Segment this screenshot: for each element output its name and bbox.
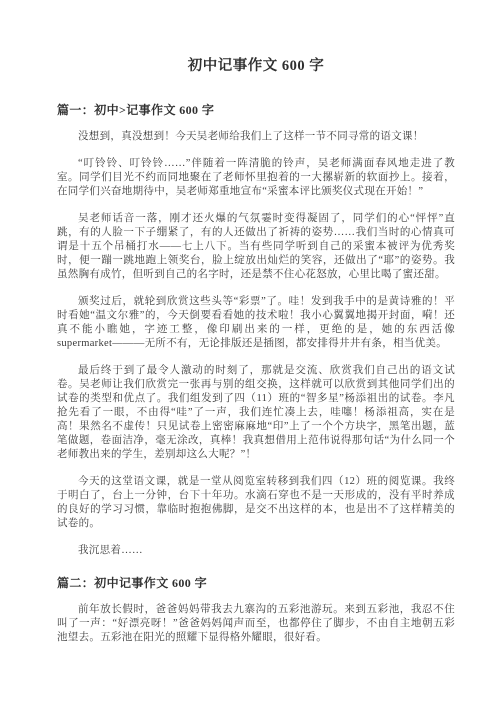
- paragraph: 没想到，真没想到！今天吴老师给我们上了这样一节不同寻常的语文课！: [57, 130, 455, 144]
- essay-section-1: 篇一：初中>记事作文 600 字 没想到，真没想到！今天吴老师给我们上了这样一节…: [57, 102, 455, 558]
- document-title: 初中记事作文 600 字: [57, 56, 455, 76]
- paragraph: 最后终于到了最令人激动的时刻了，那就是交流、欣赏我们自己出的语文试卷。吴老师让我…: [57, 364, 455, 462]
- paragraph: 我沉思着……: [57, 544, 455, 558]
- paragraph: 前年放长假时，爸爸妈妈带我去九寨沟的五彩池游玩。来到五彩池，我忍不住叫了一声：“…: [57, 603, 455, 645]
- section-2-heading: 篇二：初中记事作文 600 字: [57, 575, 455, 591]
- section-1-heading: 篇一：初中>记事作文 600 字: [57, 102, 455, 118]
- document-page: 初中记事作文 600 字 篇一：初中>记事作文 600 字 没想到，真没想到！今…: [0, 0, 500, 708]
- paragraph: 今天的这堂语文课，就是一堂从阅览室转移到我们四（12）班的阅览课。我终于明白了，…: [57, 475, 455, 531]
- paragraph: 吴老师话音一落，刚才还火爆的气氛霎时变得凝固了，同学们的心“怦怦”直跳，有的人脸…: [57, 212, 455, 282]
- paragraph: “叮铃铃、叮铃铃……”伴随着一阵清脆的铃声，吴老师满面春风地走进了教室。同学们目…: [57, 157, 455, 199]
- essay-section-2: 篇二：初中记事作文 600 字 前年放长假时，爸爸妈妈带我去九寨沟的五彩池游玩。…: [57, 575, 455, 645]
- paragraph: 颁奖过后，就轮到欣赏这些头等“彩票”了。哇！发到我手中的是黄诗雅的！平时看她“温…: [57, 295, 455, 351]
